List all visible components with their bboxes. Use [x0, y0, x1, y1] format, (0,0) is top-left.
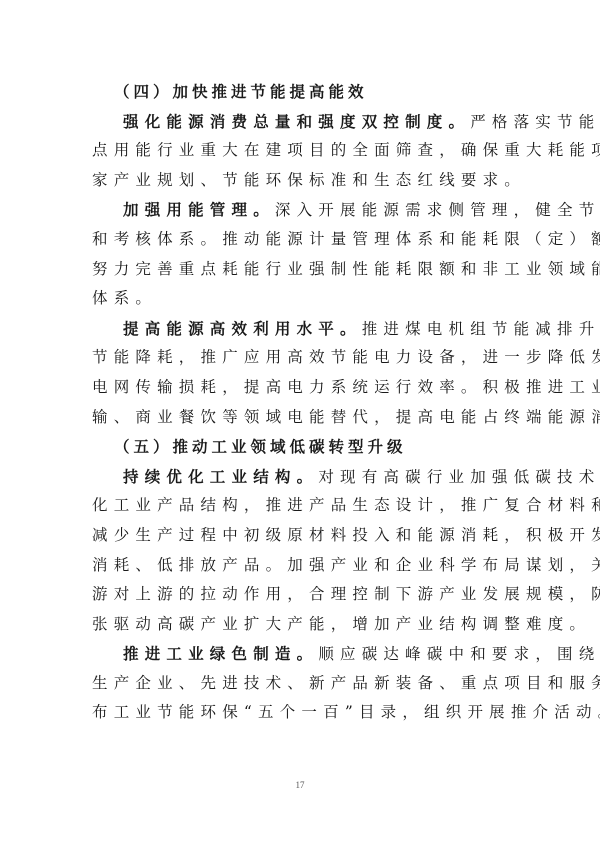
paragraph-line: 提高能源高效利用水平。推进煤电机组节能减排升级改造和电网	[92, 314, 510, 344]
paragraph-line: 游对上游的拉动作用，合理控制下游产业发展规模，防止下游产业扩	[92, 580, 510, 610]
paragraph-line: 强化能源消费总量和强度双控制度。严格落实节能审查。开展重	[92, 107, 510, 137]
page-number: 17	[0, 780, 600, 790]
paragraph-lead: 提高能源高效利用水平。	[123, 319, 362, 338]
section-heading-5: （五）推动工业领域低碳转型升级	[92, 432, 510, 462]
paragraph-line: 布工业节能环保“五个一百”目录，组织开展推介活动。建设绿色工厂、	[92, 698, 510, 728]
paragraph-line: 点用能行业重大在建项目的全面筛查，确保重大耗能项目建设符合国	[92, 136, 510, 166]
paragraph-line: 体系。	[92, 284, 510, 314]
paragraph-line: 张驱动高碳产业扩大产能，增加产业结构调整难度。	[92, 610, 510, 640]
paragraph-line: 输、商业餐饮等领域电能替代，提高电能占终端能源消费比重。	[92, 403, 510, 433]
paragraph-lead: 强化能源消费总量和强度双控制度。	[123, 112, 470, 131]
paragraph-line: 生产企业、先进技术、新产品新装备、重点项目和服务机构，每年发	[92, 669, 510, 699]
paragraph-line: 持续优化工业结构。对现有高碳行业加强低碳技术改造，不断优	[92, 462, 510, 492]
paragraph-lead: 持续优化工业结构。	[123, 467, 318, 486]
paragraph-line: 化工业产品结构，推进产品生态设计，推广复合材料和高强度材料，	[92, 491, 510, 521]
paragraph-lead: 推进工业绿色制造。	[123, 644, 318, 663]
paragraph-line: 减少生产过程中初级原材料投入和能源消耗，积极开发高附加值、低	[92, 521, 510, 551]
paragraph-line: 和考核体系。推动能源计量管理体系和能耗限（定）额标准体系建设，	[92, 225, 510, 255]
paragraph-line: 消耗、低排放产品。加强产业和企业科学布局谋划，关注高碳产业下	[92, 551, 510, 581]
paragraph-line: 家产业规划、节能环保标准和生态红线要求。	[92, 166, 510, 196]
paragraph-line: 节能降耗，推广应用高效节能电力设备，进一步降低发电煤耗，减少	[92, 343, 510, 373]
paragraph-lead: 加强用能管理。	[123, 200, 275, 219]
document-body: （四）加快推进节能提高能效 强化能源消费总量和强度双控制度。严格落实节能审查。开…	[92, 77, 510, 728]
paragraph-line: 推进工业绿色制造。顺应碳达峰碳中和要求，围绕工业节能环保	[92, 639, 510, 669]
section-heading-4: （四）加快推进节能提高能效	[92, 77, 510, 107]
paragraph-line: 努力完善重点耗能行业强制性能耗限额和非工业领域能耗限额标准	[92, 255, 510, 285]
paragraph-line: 加强用能管理。深入开展能源需求侧管理，健全节能统计、监测	[92, 195, 510, 225]
paragraph-line: 电网传输损耗，提高电力系统运行效率。积极推进工业生产、交通运	[92, 373, 510, 403]
